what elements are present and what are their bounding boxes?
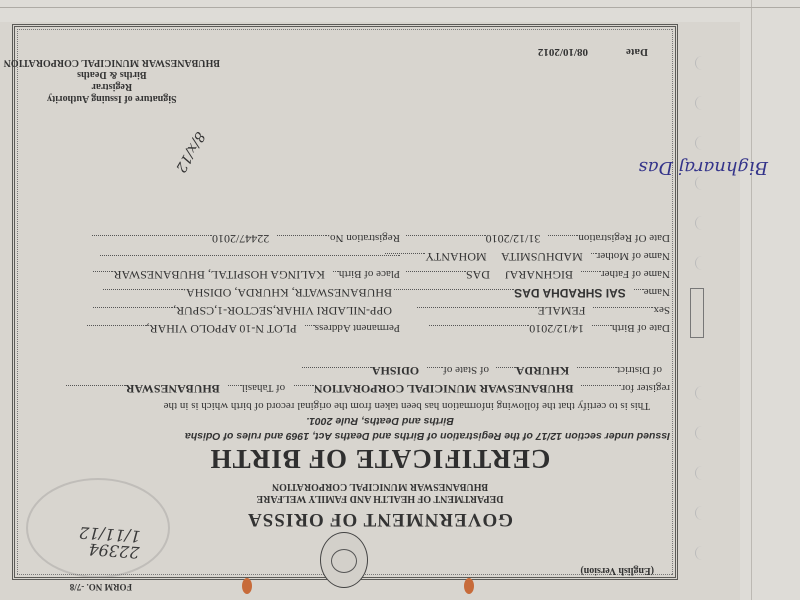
corporation-label: BHUBANESWAR MUNICIPAL CORPORATION	[4, 56, 220, 68]
paper-edge	[0, 7, 800, 8]
date-label: Date	[626, 46, 648, 58]
certify-statement: This is to certify that the following in…	[164, 400, 650, 412]
paper-edge	[751, 0, 752, 600]
registration-date-field: Date Of Registration31/12/2010	[406, 231, 670, 246]
mother-name-field: Name of MotherMADHUSMITA MOHANTY	[385, 249, 670, 264]
corporation-heading: BHUBANESWAR MUNICIPAL CORPORATION	[272, 481, 488, 492]
issued-under-text-cont: Births and Deaths, Rule 2001.	[306, 415, 454, 427]
registrar-label: Registrar	[4, 80, 220, 92]
name-field: NameSAI SHRADHA DAS	[394, 286, 670, 300]
date-of-birth-field: Date of Birth14/12/2010	[429, 321, 670, 336]
certificate-title: CERTIFICATE OF BIRTH	[210, 443, 551, 474]
binder-pin	[464, 578, 474, 594]
document-photo: 22394 1/11/12 FORM NO. -7/8 (English Ver…	[0, 0, 800, 600]
handwritten-stamp-note: 22394 1/11/12	[77, 524, 141, 560]
address-line-3: BHUBANESWATR, KHURDA, ODISHA.	[103, 285, 392, 300]
binder-pin	[242, 578, 252, 594]
issuing-authority-block: Signature of Issuing Authority Registrar…	[4, 56, 220, 104]
handwritten-margin-note: Bighnaraj Das	[639, 157, 768, 178]
government-emblem-icon	[320, 532, 368, 588]
district-state-line: of DistrictKHURDA of State ofODISHA	[302, 363, 662, 378]
father-name-field: Name of FatherBIGHNARAJ DAS	[406, 267, 670, 282]
sex-field: SexFEMALE	[418, 303, 671, 318]
permanent-address-field: Permanent AddressPLOT N-10 APPOLO VIHAR,	[87, 321, 400, 336]
blank-line	[100, 252, 400, 264]
department-heading: DEPARTMENT OF HEALTH AND FAMILY WELFARE	[257, 493, 504, 504]
address-line-2: OPP-NILADRI VIHAR,SECTOR-1,CSPUR,	[93, 303, 392, 318]
registration-number-field: Registration No.22447/2010	[92, 231, 400, 246]
issued-under-text: Issued under section 12/17 of the Regist…	[185, 430, 670, 442]
form-number: FORM NO. -7/8	[70, 582, 132, 592]
signature-label: Signature of Issuing Authority	[4, 92, 220, 104]
births-deaths-label: Births & Deaths	[4, 68, 220, 80]
binding-tab	[690, 288, 704, 338]
place-of-birth-field: Place of BirthKALINGA HOSPITAL, BHUBANES…	[94, 267, 401, 282]
register-for-line: register forBHUBANESWAR MUNICIPAL CORPOR…	[66, 381, 670, 396]
version-label: (English Version)	[580, 565, 654, 576]
issue-date: 08/10/2012	[538, 46, 588, 58]
government-heading: GOVERNMENT OF ORISSA	[140, 508, 620, 530]
